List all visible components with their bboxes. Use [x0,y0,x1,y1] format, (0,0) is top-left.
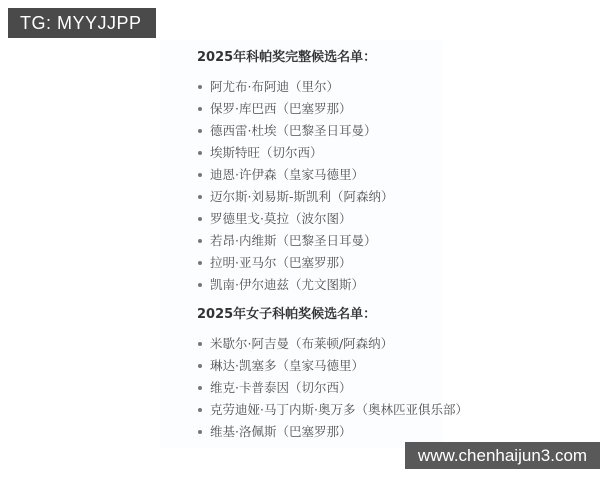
bullet-icon [198,408,202,412]
bullet-icon [198,107,202,111]
candidate-list-card: 2025年科帕奖完整候选名单：阿尤布·布阿迪（里尔）保罗·库巴西（巴塞罗那）德西… [160,40,443,448]
website-watermark: www.chenhaijun3.com [405,442,600,469]
candidate-item: 维克·卡普泰因（切尔西） [197,381,427,394]
candidate-name: 琳达·凯塞多（皇家马德里） [210,358,364,373]
candidate-item: 迪恩·许伊森（皇家马德里） [197,168,427,181]
candidate-name: 维克·卡普泰因（切尔西） [210,380,351,395]
candidate-item: 凯南·伊尔迪兹（尤文图斯） [197,278,427,291]
candidate-name: 拉明·亚马尔（巴塞罗那） [210,255,351,270]
bullet-icon [198,217,202,221]
bullet-icon [198,386,202,390]
candidate-name: 凯南·伊尔迪兹（尤文图斯） [210,277,364,292]
candidate-name: 罗德里戈·莫拉（波尔图） [210,211,351,226]
candidate-item: 拉明·亚马尔（巴塞罗那） [197,256,427,269]
bullet-icon [198,195,202,199]
candidate-name: 迈尔斯·刘易斯-斯凯利（阿森纳） [210,189,394,204]
candidate-item: 阿尤布·布阿迪（里尔） [197,80,427,93]
bullet-icon [198,85,202,89]
candidate-name: 保罗·库巴西（巴塞罗那） [210,101,351,116]
bullet-icon [198,283,202,287]
bullet-icon [198,342,202,346]
bullet-icon [198,151,202,155]
candidate-name: 维基·洛佩斯（巴塞罗那） [210,424,351,439]
bullet-icon [198,239,202,243]
candidate-name: 克劳迪娅·马丁内斯·奥万多（奥林匹亚俱乐部） [210,402,468,417]
candidate-item: 保罗·库巴西（巴塞罗那） [197,102,427,115]
candidate-item: 德西雷·杜埃（巴黎圣日耳曼） [197,124,427,137]
candidate-item: 罗德里戈·莫拉（波尔图） [197,212,427,225]
candidate-name: 米歇尔·阿吉曼（布莱顿/阿森纳） [210,336,393,351]
candidate-list: 米歇尔·阿吉曼（布莱顿/阿森纳）琳达·凯塞多（皇家马德里）维克·卡普泰因（切尔西… [197,337,427,438]
bullet-icon [198,364,202,368]
candidate-name: 埃斯特旺（切尔西） [210,145,323,160]
candidate-item: 克劳迪娅·马丁内斯·奥万多（奥林匹亚俱乐部） [197,403,427,416]
candidate-item: 米歇尔·阿吉曼（布莱顿/阿森纳） [197,337,427,350]
section-title: 2025年科帕奖完整候选名单： [197,50,427,65]
bullet-icon [198,261,202,265]
candidate-item: 琳达·凯塞多（皇家马德里） [197,359,427,372]
candidate-name: 阿尤布·布阿迪（里尔） [210,79,339,94]
candidate-list: 阿尤布·布阿迪（里尔）保罗·库巴西（巴塞罗那）德西雷·杜埃（巴黎圣日耳曼）埃斯特… [197,80,427,291]
telegram-watermark-badge: TG: MYYJJPP [8,8,156,38]
candidate-item: 埃斯特旺（切尔西） [197,146,427,159]
candidate-item: 迈尔斯·刘易斯-斯凯利（阿森纳） [197,190,427,203]
candidate-name: 迪恩·许伊森（皇家马德里） [210,167,364,182]
bullet-icon [198,173,202,177]
bullet-icon [198,430,202,434]
section-title: 2025年女子科帕奖候选名单： [197,307,427,322]
bullet-icon [198,129,202,133]
candidate-name: 若昂·内维斯（巴黎圣日耳曼） [210,233,376,248]
candidate-item: 若昂·内维斯（巴黎圣日耳曼） [197,234,427,247]
candidate-item: 维基·洛佩斯（巴塞罗那） [197,425,427,438]
candidate-name: 德西雷·杜埃（巴黎圣日耳曼） [210,123,376,138]
